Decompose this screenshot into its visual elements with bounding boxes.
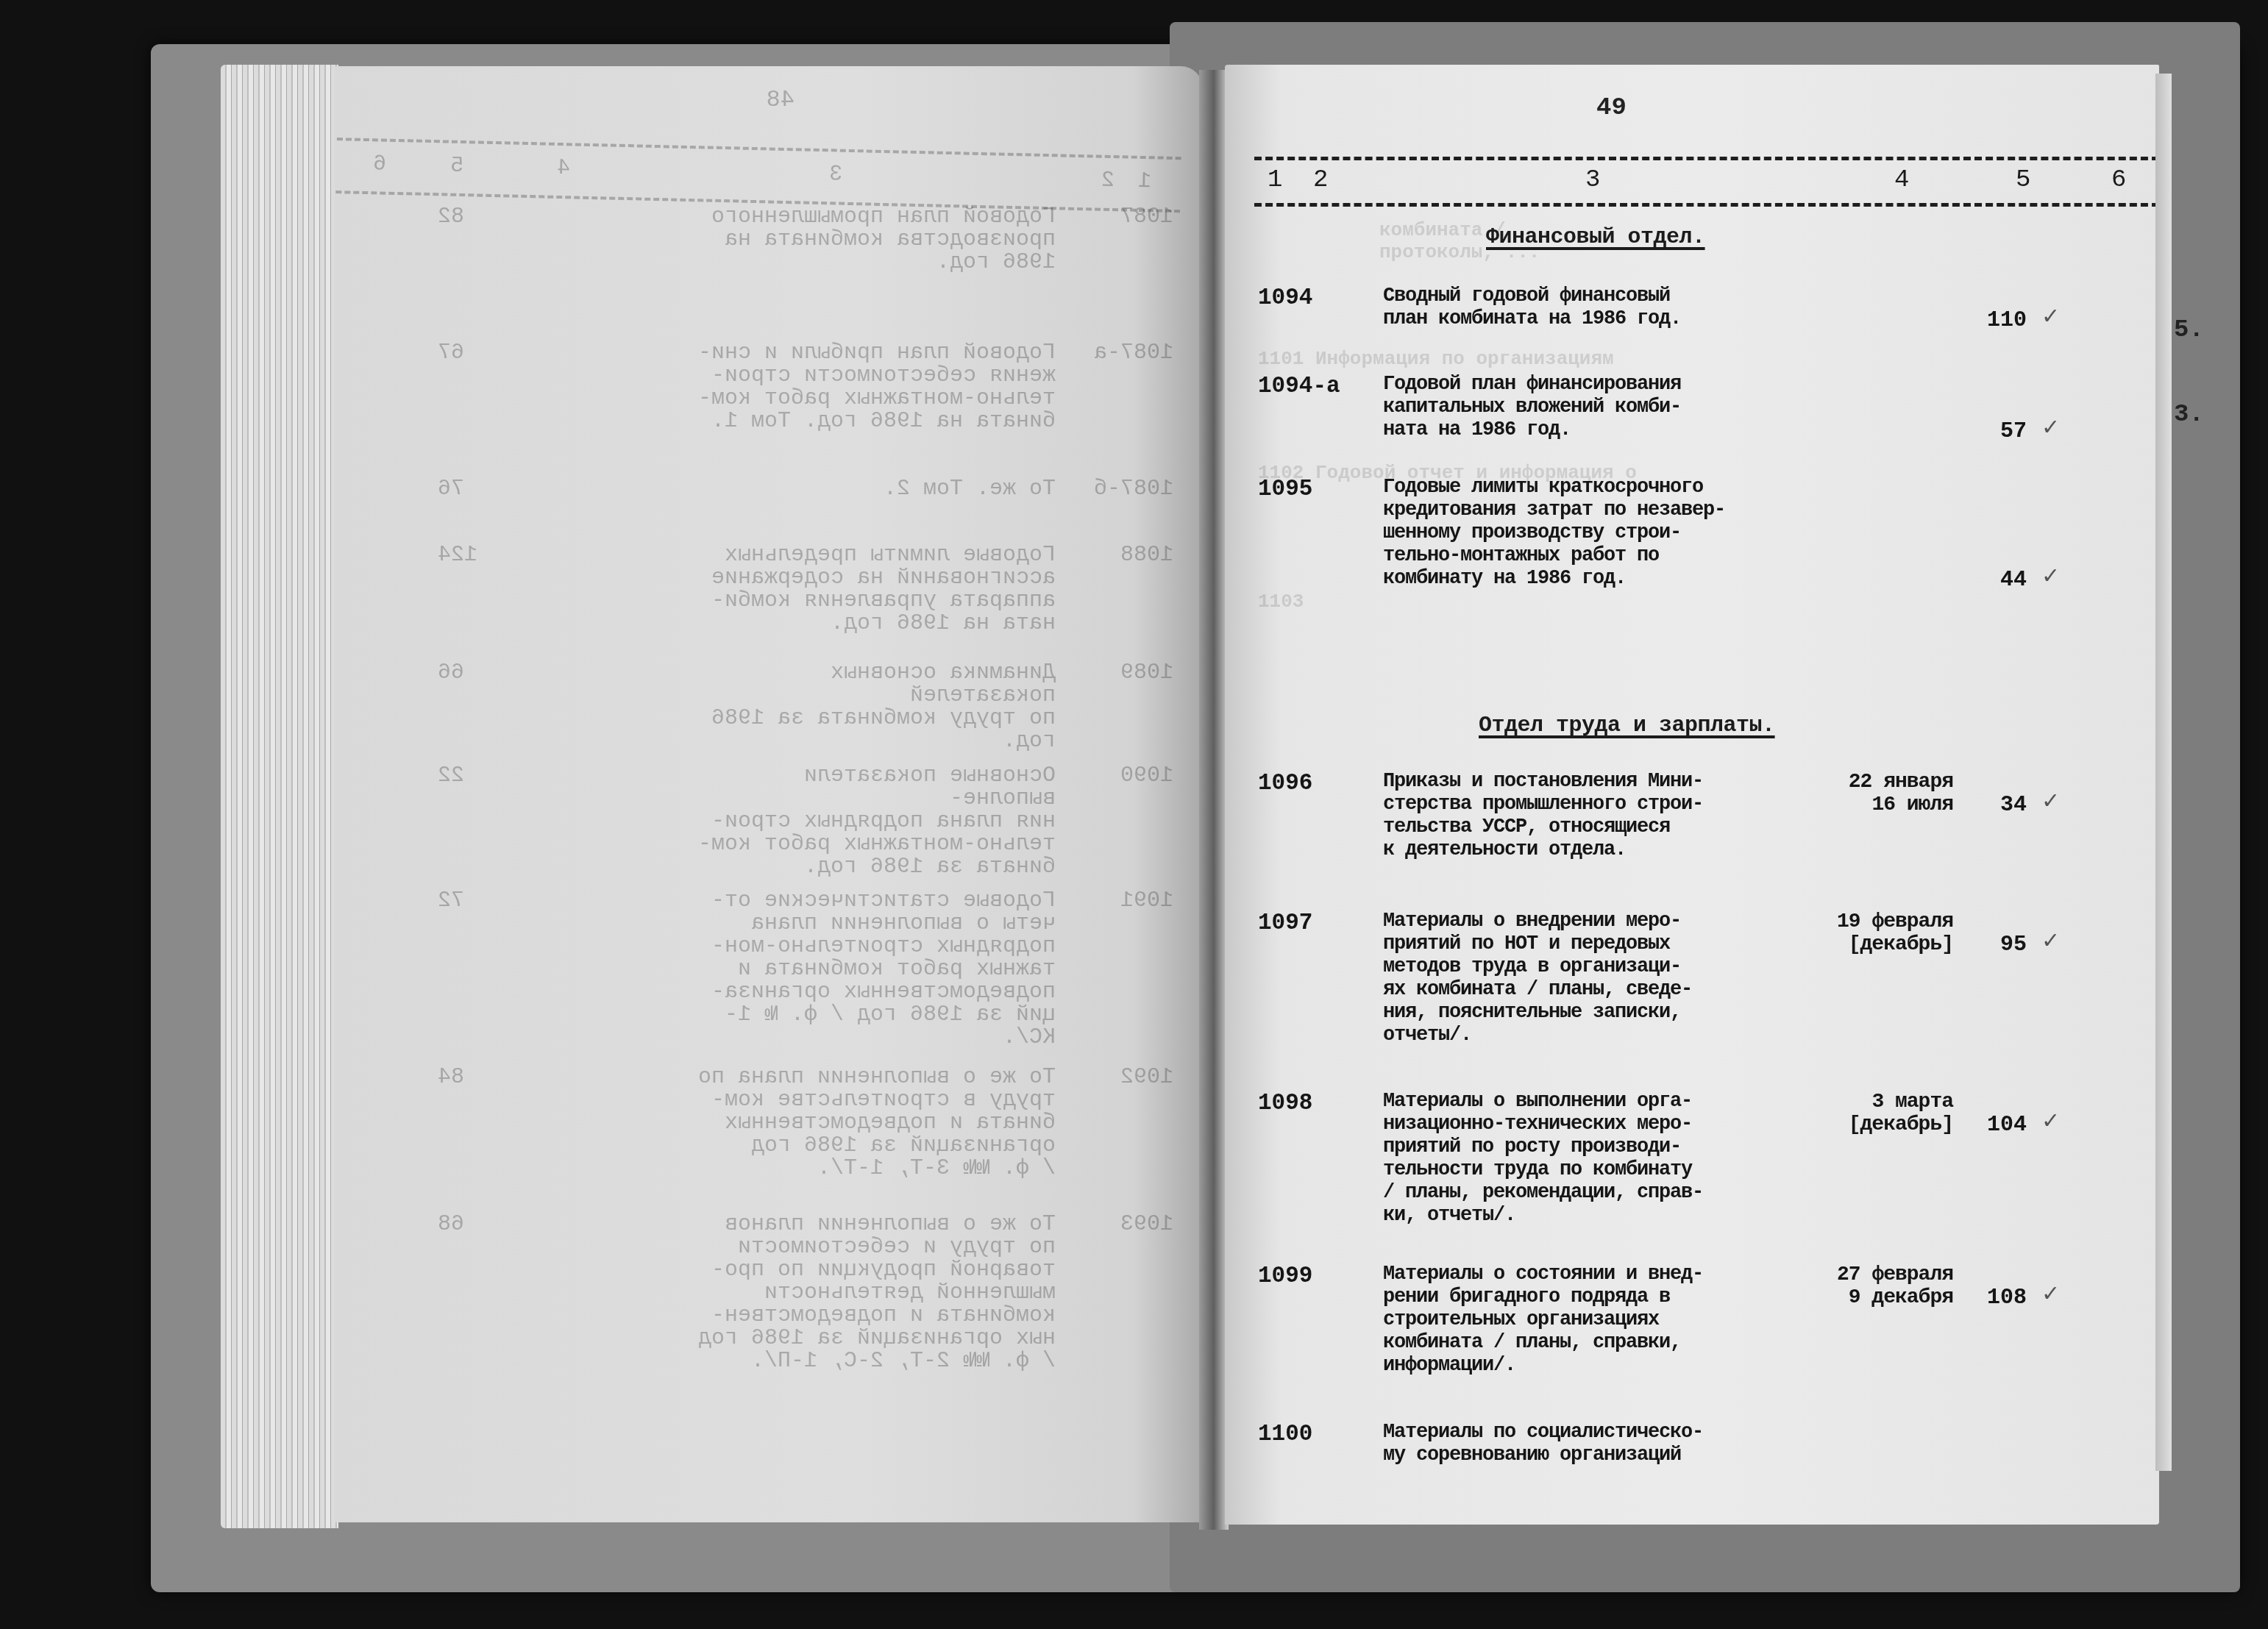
ghost-entry-description: Годовой план промышленного производства …	[688, 206, 1056, 274]
checkmark-icon: ✓	[2041, 563, 2060, 589]
entry-sheet-count: 110	[1953, 308, 2027, 333]
ghost-entry-number: 1090	[1085, 765, 1173, 788]
checkmark-icon: ✓	[2041, 928, 2060, 954]
ghost-entry-number: 1091	[1085, 890, 1173, 913]
checkmark-icon: ✓	[2041, 304, 2060, 329]
entry-number: 1098	[1258, 1091, 1312, 1116]
entry-sheet-count: 57	[1953, 419, 2027, 444]
entry-description: Годовой план финансирования капитальных …	[1383, 374, 1795, 442]
entry-dates: 22 января 16 июля	[1791, 771, 1953, 816]
ghost-entry-sheets: 82	[438, 206, 504, 229]
ghost-entry-description: Основные показатели выполне- ния плана п…	[688, 765, 1056, 879]
ghost-entry-description: То же. Том 2.	[688, 478, 1056, 501]
ghost-entry-number: 1092	[1085, 1066, 1173, 1089]
col-2: 2	[1313, 166, 1328, 194]
ghost-entry-number: 1088	[1085, 544, 1173, 567]
margin-mark: 3.	[2174, 401, 2204, 429]
column-header: 1 2 3 4 5 6	[1254, 157, 2159, 207]
entry-number: 1099	[1258, 1263, 1312, 1289]
left-page-number: 48	[767, 88, 794, 111]
entry-description: Материалы по социалистическо- му соревно…	[1383, 1422, 1795, 1467]
left-column-header: 1 2 3 4 5 6	[335, 138, 1181, 213]
ghost-entry-number: 1089	[1085, 662, 1173, 685]
ghost-entry-number: 1093	[1085, 1213, 1173, 1236]
col-3: 3	[1585, 166, 1600, 194]
right-page: 49 1 2 3 4 5 6 комбината / ... протоколы…	[1225, 65, 2159, 1525]
ghost-entry-description: То же о выполнении плана по труду в стро…	[688, 1066, 1056, 1180]
ghost-entry-sheets: 68	[438, 1213, 504, 1236]
entry-sheet-count: 34	[1953, 793, 2027, 818]
margin-mark: 5.	[2174, 316, 2204, 344]
entry-description: Материалы о состоянии и внед- рении бриг…	[1383, 1263, 1795, 1377]
section-title: Отдел труда и зарплаты.	[1479, 713, 1775, 738]
left-page-bleedthrough: 48 1 2 3 4 5 6 1087Годовой план промышле…	[335, 66, 1203, 1522]
col-6: 6	[2111, 166, 2126, 194]
checkmark-icon: ✓	[2041, 1281, 2060, 1307]
entry-number: 1094-а	[1258, 374, 1340, 399]
ghost-entry-sheets: 22	[438, 765, 504, 788]
entry-dates: 27 февраля 9 декабря	[1791, 1263, 1953, 1309]
checkmark-icon: ✓	[2041, 415, 2060, 441]
page-number: 49	[1596, 94, 1627, 122]
book-gutter	[1199, 70, 1229, 1530]
entry-description: Приказы и постановления Мини- стерства п…	[1383, 771, 1795, 862]
entry-sheet-count: 104	[1953, 1113, 2027, 1138]
section-title: Финансовый отдел.	[1486, 225, 1705, 250]
entry-description: Сводный годовой финансовый план комбинат…	[1383, 285, 1795, 331]
checkmark-icon: ✓	[2041, 788, 2060, 814]
ghost-entry-description: Годовой план прибыли и сни- жения себест…	[688, 342, 1056, 433]
entry-number: 1095	[1258, 477, 1312, 502]
entry-dates: 3 марта [декабрь]	[1791, 1091, 1953, 1136]
ghost-entry-sheets: 67	[438, 342, 504, 365]
entry-number: 1100	[1258, 1422, 1312, 1447]
ghost-entry-number: 1087-б	[1085, 478, 1173, 501]
ghost-entry-description: То же о выполнении планов по труду и себ…	[688, 1213, 1056, 1373]
entry-description: Материалы о внедрении меро- приятий по Н…	[1383, 910, 1795, 1047]
ghost-entry-description: Годовые лимиты предельных ассигнований н…	[688, 544, 1056, 635]
ghost-entry-sheets: 76	[438, 478, 504, 501]
entry-number: 1097	[1258, 910, 1312, 936]
entry-description: Годовые лимиты краткосрочного кредитован…	[1383, 477, 1795, 591]
checkmark-icon: ✓	[2041, 1108, 2060, 1134]
col-1: 1	[1268, 166, 1282, 194]
bleedthrough-text: 1101 Информация по организациям	[1258, 348, 1614, 370]
col-5: 5	[2016, 166, 2030, 194]
right-page-edge	[2155, 74, 2172, 1471]
ghost-entry-sheets: 72	[438, 890, 504, 913]
entry-description: Материалы о выполнении орга- низационно-…	[1383, 1091, 1795, 1227]
ghost-entry-description: Динамика основных показателей по труду к…	[688, 662, 1056, 753]
ghost-entry-sheets: 124	[438, 544, 504, 567]
left-page: 48 1 2 3 4 5 6 1087Годовой план промышле…	[335, 66, 1203, 1522]
ghost-entry-number: 1087-а	[1085, 342, 1173, 365]
entry-sheet-count: 108	[1953, 1286, 2027, 1311]
bleedthrough-text: 1103	[1258, 591, 1304, 613]
ghost-entry-sheets: 66	[438, 662, 504, 685]
ghost-entry-number: 1087	[1085, 206, 1173, 229]
entry-number: 1094	[1258, 285, 1312, 311]
ghost-entry-description: Годовые статистические от- четы о выполн…	[688, 890, 1056, 1049]
ghost-entry-sheets: 84	[438, 1066, 504, 1089]
entry-sheet-count: 95	[1953, 933, 2027, 958]
entry-number: 1096	[1258, 771, 1312, 796]
col-4: 4	[1894, 166, 1909, 194]
page-block-edges	[221, 65, 338, 1528]
entry-dates: 19 февраля [декабрь]	[1791, 910, 1953, 956]
entry-sheet-count: 44	[1953, 568, 2027, 593]
